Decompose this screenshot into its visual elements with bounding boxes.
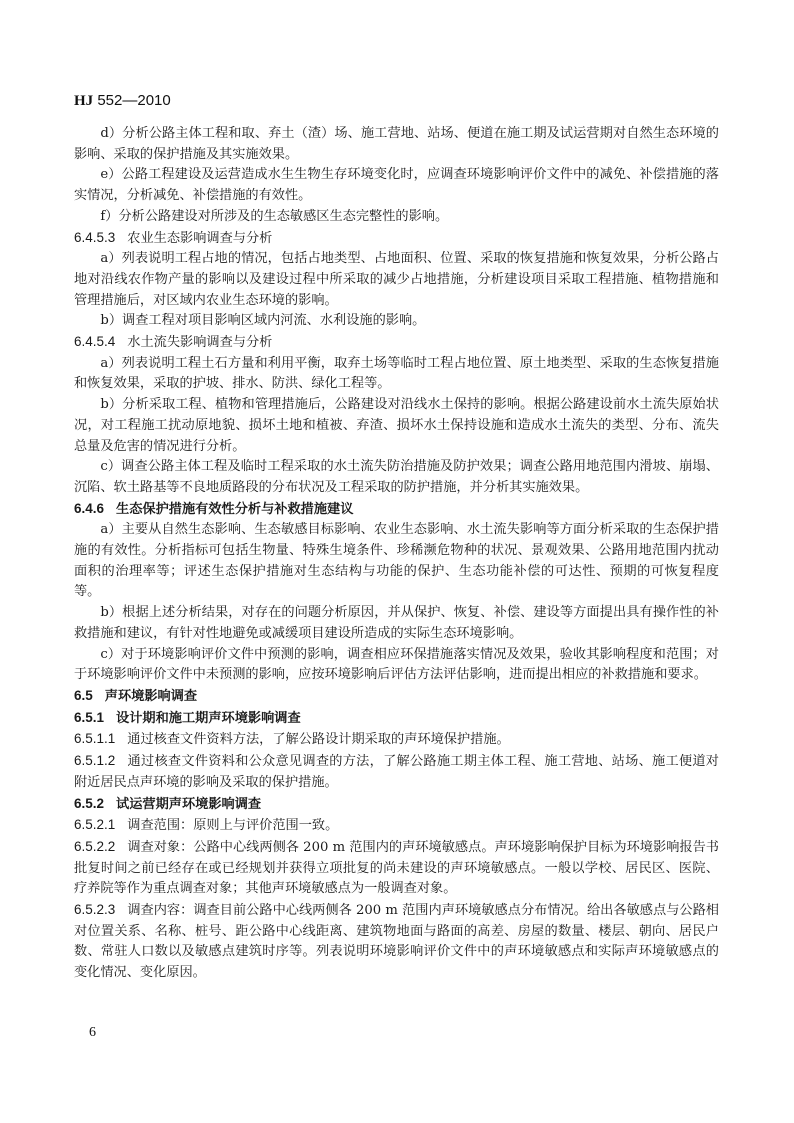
section-number: 6.4.6	[74, 499, 104, 520]
clause-number: 6.5.2.3	[74, 902, 115, 917]
clause-text: 调查范围：原则上与评价范围一致。	[127, 818, 338, 833]
section-title: 试运营期声环境影响调查	[116, 797, 261, 812]
paragraph-a: a）列表说明工程占地的情况，包括占地类型、占地面积、位置、采取的恢复措施和恢复效…	[74, 249, 719, 311]
section-number: 6.4.5.4	[74, 332, 115, 353]
clause-text: 通过核查文件资料方法，了解公路设计期采取的声环境保护措施。	[127, 732, 509, 747]
section-title: 水土流失影响调查与分析	[127, 335, 272, 350]
clause-text: 调查对象：公路中心线两侧各 200 m 范围内的声环境敏感点。声环境影响保护目标…	[74, 840, 719, 896]
paragraph-a: a）列表说明工程土石方量和利用平衡，取弃土场等临时工程占地位置、原土地类型、采取…	[74, 354, 719, 395]
section-title: 设计期和施工期声环境影响调查	[116, 711, 301, 726]
paragraph-b: b）调查工程对项目影响区域内河流、水利设施的影响。	[74, 311, 719, 332]
clause-6-5-2-1: 6.5.2.1调查范围：原则上与评价范围一致。	[74, 815, 719, 837]
clause-6-5-2-3: 6.5.2.3调查内容：调查目前公路中心线两侧各 200 m 范围内声环境敏感点…	[74, 900, 719, 984]
section-number: 6.5.2	[74, 794, 104, 815]
section-number: 6.4.5.3	[74, 228, 115, 249]
paragraph-c: c）调查公路主体工程及临时工程采取的水土流失防治措施及防护效果；调查公路用地范围…	[74, 457, 719, 498]
section-heading-6-5: 6.5声环境影响调查	[74, 686, 719, 708]
clause-number: 6.5.1.1	[74, 731, 115, 746]
paragraph-b: b）根据上述分析结果，对存在的问题分析原因，并从保护、恢复、补偿、建设等方面提出…	[74, 603, 719, 644]
clause-6-5-1-1: 6.5.1.1通过核查文件资料方法，了解公路设计期采取的声环境保护措施。	[74, 729, 719, 751]
standard-code: HJ	[74, 93, 93, 109]
section-title: 农业生态影响调查与分析	[127, 231, 272, 246]
clause-text: 调查内容：调查目前公路中心线两侧各 200 m 范围内声环境敏感点分布情况。给出…	[74, 903, 719, 980]
standard-header: HJ 552—2010	[74, 92, 171, 110]
section-heading-6-5-2: 6.5.2试运营期声环境影响调查	[74, 794, 719, 816]
section-heading-6-4-5-3: 6.4.5.3农业生态影响调查与分析	[74, 228, 719, 250]
section-heading-6-4-5-4: 6.4.5.4水土流失影响调查与分析	[74, 332, 719, 354]
document-page: HJ 552—2010 d）分析公路主体工程和取、弃土（渣）场、施工营地、站场、…	[0, 0, 794, 1123]
clause-number: 6.5.2.1	[74, 817, 115, 832]
document-body: d）分析公路主体工程和取、弃土（渣）场、施工营地、站场、便道在施工期及试运营期对…	[74, 124, 719, 984]
paragraph-c: c）对于环境影响评价文件中预测的影响，调查相应环保措施落实情况及效果，验收其影响…	[74, 645, 719, 686]
clause-text: 通过核查文件资料和公众意见调查的方法，了解公路施工期主体工程、施工营地、站场、施…	[74, 754, 719, 790]
standard-number: 552—2010	[97, 92, 170, 109]
clause-number: 6.5.2.2	[74, 839, 115, 854]
section-number: 6.5.1	[74, 708, 104, 729]
clause-6-5-1-2: 6.5.1.2通过核查文件资料和公众意见调查的方法，了解公路施工期主体工程、施工…	[74, 751, 719, 793]
paragraph-f: f）分析公路建设对所涉及的生态敏感区生态完整性的影响。	[74, 207, 719, 228]
section-title: 生态保护措施有效性分析与补救措施建议	[116, 502, 353, 517]
section-heading-6-4-6: 6.4.6生态保护措施有效性分析与补救措施建议	[74, 499, 719, 521]
paragraph-b: b）分析采取工程、植物和管理措施后，公路建设对沿线水土保持的影响。根据公路建设前…	[74, 395, 719, 457]
section-heading-6-5-1: 6.5.1设计期和施工期声环境影响调查	[74, 708, 719, 730]
clause-6-5-2-2: 6.5.2.2调查对象：公路中心线两侧各 200 m 范围内的声环境敏感点。声环…	[74, 837, 719, 900]
paragraph-d: d）分析公路主体工程和取、弃土（渣）场、施工营地、站场、便道在施工期及试运营期对…	[74, 124, 719, 165]
paragraph-e: e）公路工程建设及运营造成水生生物生存环境变化时，应调查环境影响评价文件中的减免…	[74, 165, 719, 206]
clause-number: 6.5.1.2	[74, 753, 115, 768]
paragraph-a: a）主要从自然生态影响、生态敏感目标影响、农业生态影响、水土流失影响等方面分析采…	[74, 520, 719, 603]
section-number: 6.5	[74, 686, 93, 707]
page-number: 6	[89, 1025, 96, 1041]
section-title: 声环境影响调查	[105, 689, 197, 704]
